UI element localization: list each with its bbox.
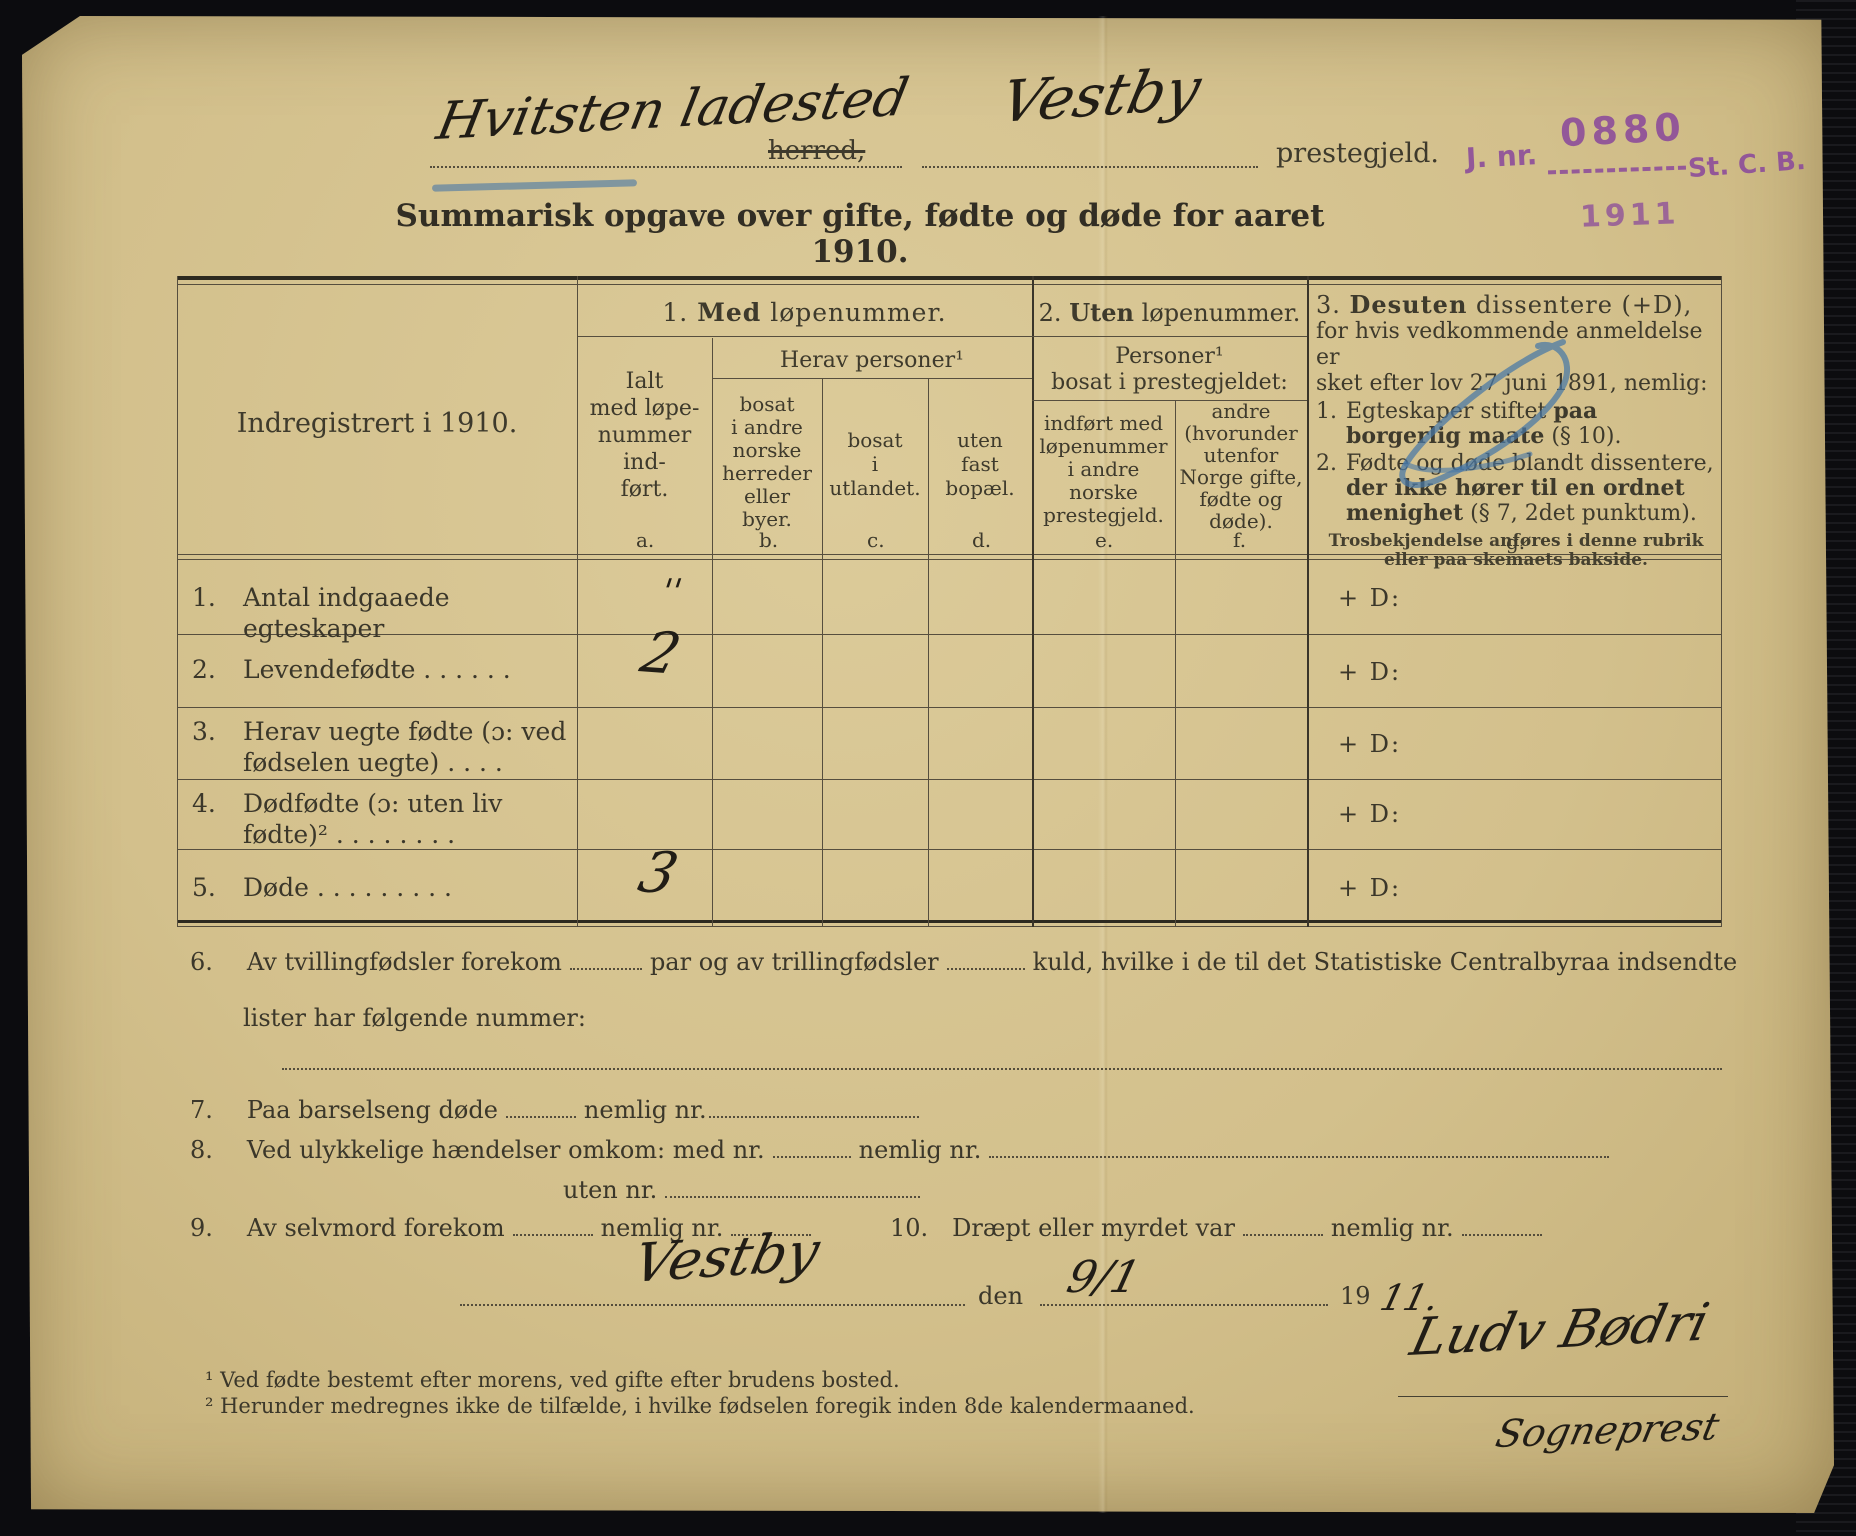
item-7-line: 7.Paa barselseng dødenemlig nr. [190, 1092, 927, 1124]
row-4-no: 4. [192, 788, 216, 819]
row-1-label: Antal indgaaede egteskaper [243, 582, 583, 644]
item-6-answer-line [282, 1068, 1722, 1070]
signature-underline [1398, 1396, 1728, 1397]
col-c-header: bosat i utlandet. [823, 428, 927, 500]
col-letter-e: e. [1095, 528, 1113, 552]
herav-personer-header: Herav personer¹ [712, 348, 1032, 373]
herred-label-struck: herred, [768, 136, 865, 166]
section2-title: 2. Uten løpenummer. [1032, 298, 1307, 327]
col-letter-f: f. [1233, 528, 1246, 552]
col-letter-b: b. [759, 528, 778, 552]
row-divider-2 [177, 707, 1722, 708]
journal-stamp-number: 0880 [1559, 105, 1687, 156]
date-day-line [1040, 1304, 1328, 1306]
col-letter-a: a. [636, 528, 654, 552]
col-f-header: andre (hvorunder utenfor Norge gifte, fø… [1176, 400, 1306, 532]
date-day-handwritten: 9/1 [1062, 1252, 1146, 1303]
signature-title: Sogneprest [1492, 1404, 1723, 1456]
corner-label: Indregistrert i 1910. [177, 408, 577, 439]
blank-triplets [947, 944, 1025, 970]
row-1-dissenter: + D: [1338, 584, 1401, 612]
row-3-label: Herav uegte fødte (ɔ: ved fødselen uegte… [243, 716, 588, 778]
col-b-header: bosat i andre norske herreder eller byer… [713, 393, 821, 531]
row-2-label: Levendefødte . . . . . . [243, 654, 583, 685]
section1-title: 1. Med løpenummer. [577, 298, 1032, 327]
row-4-label: Dødfødte (ɔ: uten liv fødte)² . . . . . … [243, 788, 588, 850]
table-left-border [177, 276, 178, 927]
journal-stamp-jnr: J. nr. [1465, 138, 1538, 175]
col-letter-c: c. [867, 528, 885, 552]
prestegjeld-label: prestegjeld. [1276, 138, 1439, 169]
row-5-dissenter: + D: [1338, 874, 1401, 902]
place-dotted-line [430, 166, 902, 168]
row-5-no: 5. [192, 872, 216, 903]
row-divider-3 [177, 779, 1722, 780]
date-den-label: den [978, 1282, 1023, 1310]
item-6-line-1: 6.Av tvillingfødsler forekompar og av tr… [190, 944, 1737, 976]
table-right-border [1721, 276, 1722, 927]
col-d-header: uten fast bopæl. [929, 428, 1031, 500]
row-2-no: 2. [192, 654, 216, 685]
item-10-line: 10.Dræpt eller myrdet varnemlig nr. [890, 1210, 1550, 1242]
footnote-1: ¹ Ved fødte bestemt efter morens, ved gi… [205, 1368, 900, 1392]
table-bottom-border [177, 920, 1722, 923]
col-e-header: indført med løpenummer i andre norske pr… [1033, 412, 1174, 527]
blank-twins [570, 944, 642, 970]
col-a-header: Ialt med løpe- nummer ind- ført. [579, 368, 710, 503]
date-place-line [460, 1304, 965, 1306]
journal-stamp-year: 1911 [1579, 196, 1680, 234]
row-2-dissenter: + D: [1338, 658, 1401, 686]
row-1-no: 1. [192, 582, 216, 613]
scanned-document: { "colors": {"paper": "#d3c08c", "ink": … [0, 0, 1856, 1536]
parish-dotted-line [922, 166, 1258, 168]
item-6-line-2: lister har følgende nummer: [243, 1004, 586, 1032]
footnote-2: ² Herunder medregnes ikke de tilfælde, i… [205, 1394, 1195, 1418]
col-letter-d: d. [972, 528, 991, 552]
col-letter-g: g. [1506, 530, 1525, 554]
table-top-border [177, 276, 1722, 280]
item-8-line-2: uten nr. [563, 1172, 928, 1204]
row-3-no: 3. [192, 716, 216, 747]
date-year-print: 19 [1340, 1282, 1371, 1310]
row-4-dissenter: + D: [1338, 800, 1401, 828]
row-3-dissenter: + D: [1338, 730, 1401, 758]
section2-subtitle: Personer¹ bosat i prestegjeldet: [1032, 344, 1307, 396]
row-5-label: Døde . . . . . . . . . [243, 872, 583, 903]
blue-pencil-mark [1378, 330, 1608, 510]
form-title: Summarisk opgave over gifte, fødte og dø… [350, 198, 1370, 270]
item-8-line: 8.Ved ulykkelige hændelser omkom: med nr… [190, 1132, 1617, 1164]
